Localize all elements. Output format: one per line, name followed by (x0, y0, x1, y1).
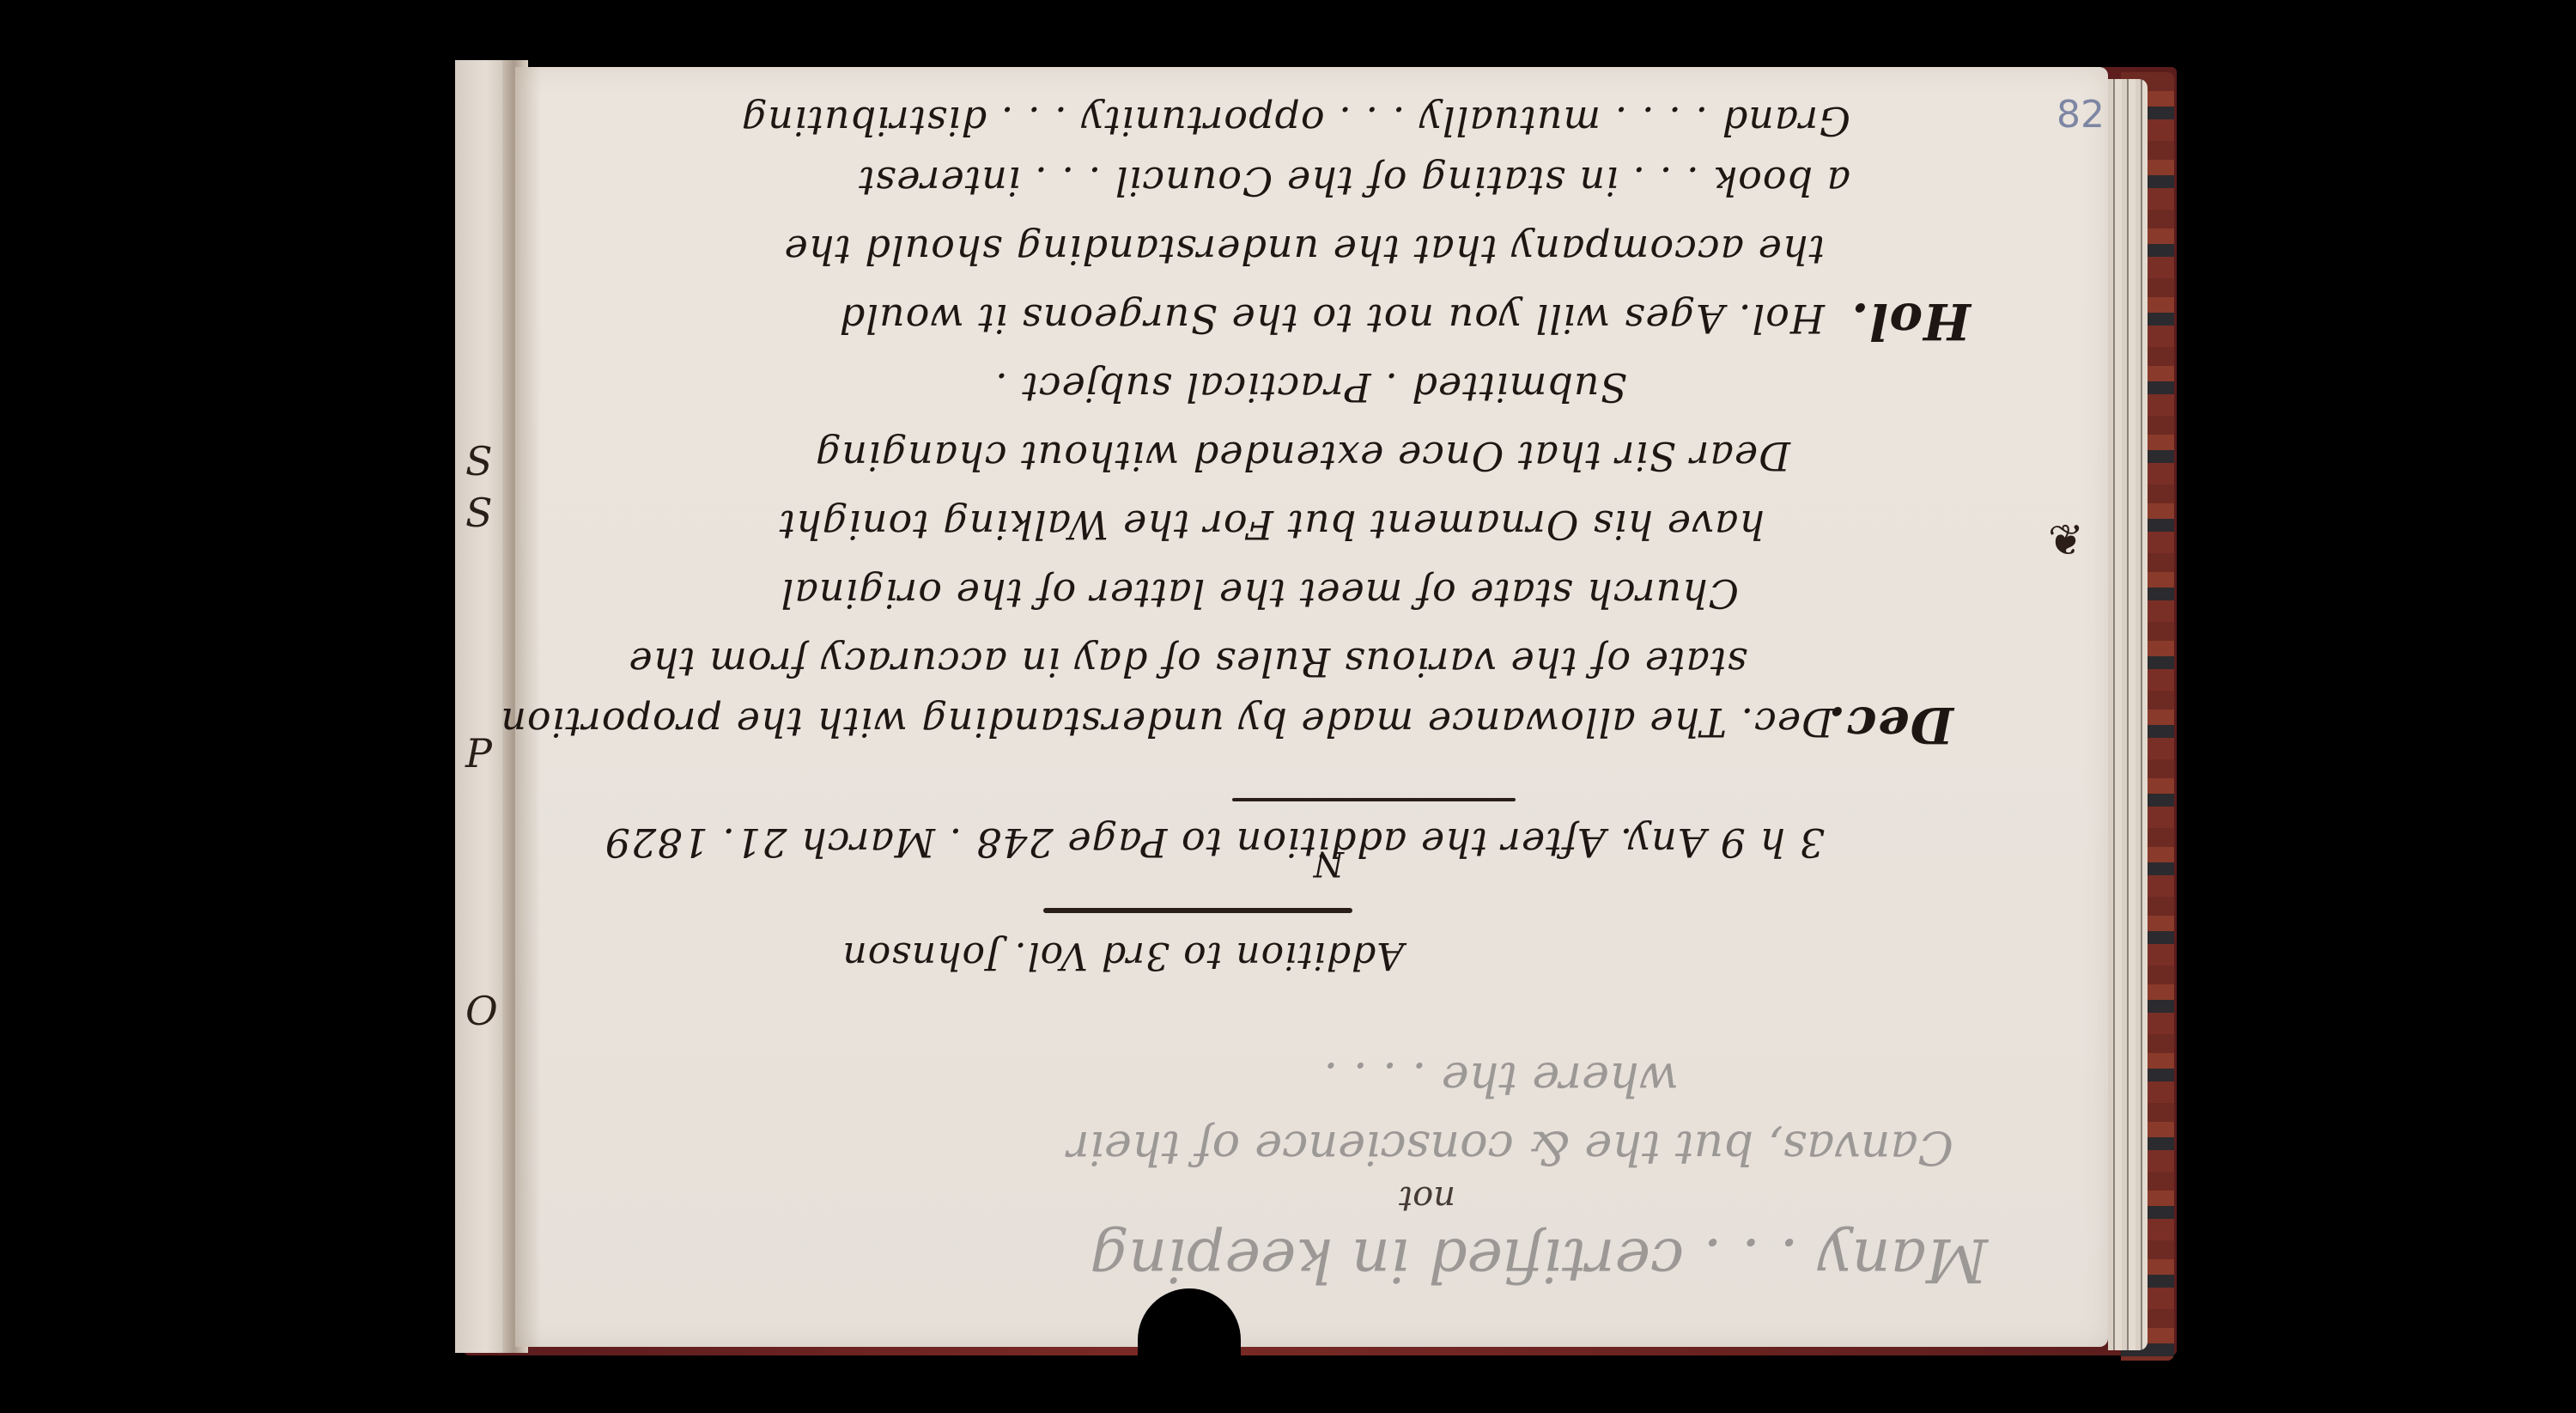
left-page-fragment: O (465, 988, 498, 1034)
ink-line: Hol. Ages will you not to the Surgeons i… (839, 295, 1825, 342)
pencil-line: where the . . . . (1323, 1052, 1679, 1106)
ink-line: the accompany that the understanding sho… (784, 227, 1826, 273)
date-line: 3 h 9 Any. After the addition to Page 24… (605, 819, 1825, 866)
margin-note-dec: Dec. (1827, 696, 1953, 754)
ink-line: state of the various Rules of day in acc… (628, 639, 1747, 685)
left-page-fragment: S (465, 490, 493, 536)
left-page-fragment: S (465, 438, 493, 484)
underline-rule (1043, 908, 1352, 913)
margin-note-hol: Hol. (1850, 292, 1971, 350)
left-page-fragment: P (465, 730, 492, 777)
ink-line: Church state of meet the latter of the o… (781, 570, 1739, 617)
ink-line: Dec. The allowance made by understanding… (500, 699, 1833, 746)
manuscript-page: 82 Many . . . certified in keeping not C… (515, 67, 2108, 1347)
pencil-line: Canvas, but the & conscience of their (1067, 1121, 1953, 1175)
pencil-line: Many . . . certified in keeping (1090, 1225, 1988, 1295)
page-edges (2108, 79, 2148, 1350)
ink-line: Dear Sir that Once extended without chan… (815, 433, 1790, 479)
ink-line: have his Ornament but For the Walking to… (779, 502, 1765, 548)
ink-line: Grand . . . . mutually . . . opportunity… (741, 98, 1850, 144)
upside-down-content: Many . . . certified in keeping not Canv… (515, 67, 2108, 1347)
ink-flourish-ornament: ❦ (2048, 515, 2084, 565)
pencil-line: not (1399, 1179, 1455, 1218)
ink-line: Submitted . Practical subject . (994, 364, 1627, 411)
ink-line: Addition to 3rd Vol. Johnson (841, 934, 1404, 978)
underline-rule (1232, 798, 1516, 801)
ink-line: a book . . . in stating of the Council .… (858, 158, 1850, 204)
thumb-shadow (1138, 1288, 1241, 1413)
previous-page-edge: S S P O (455, 60, 507, 1353)
